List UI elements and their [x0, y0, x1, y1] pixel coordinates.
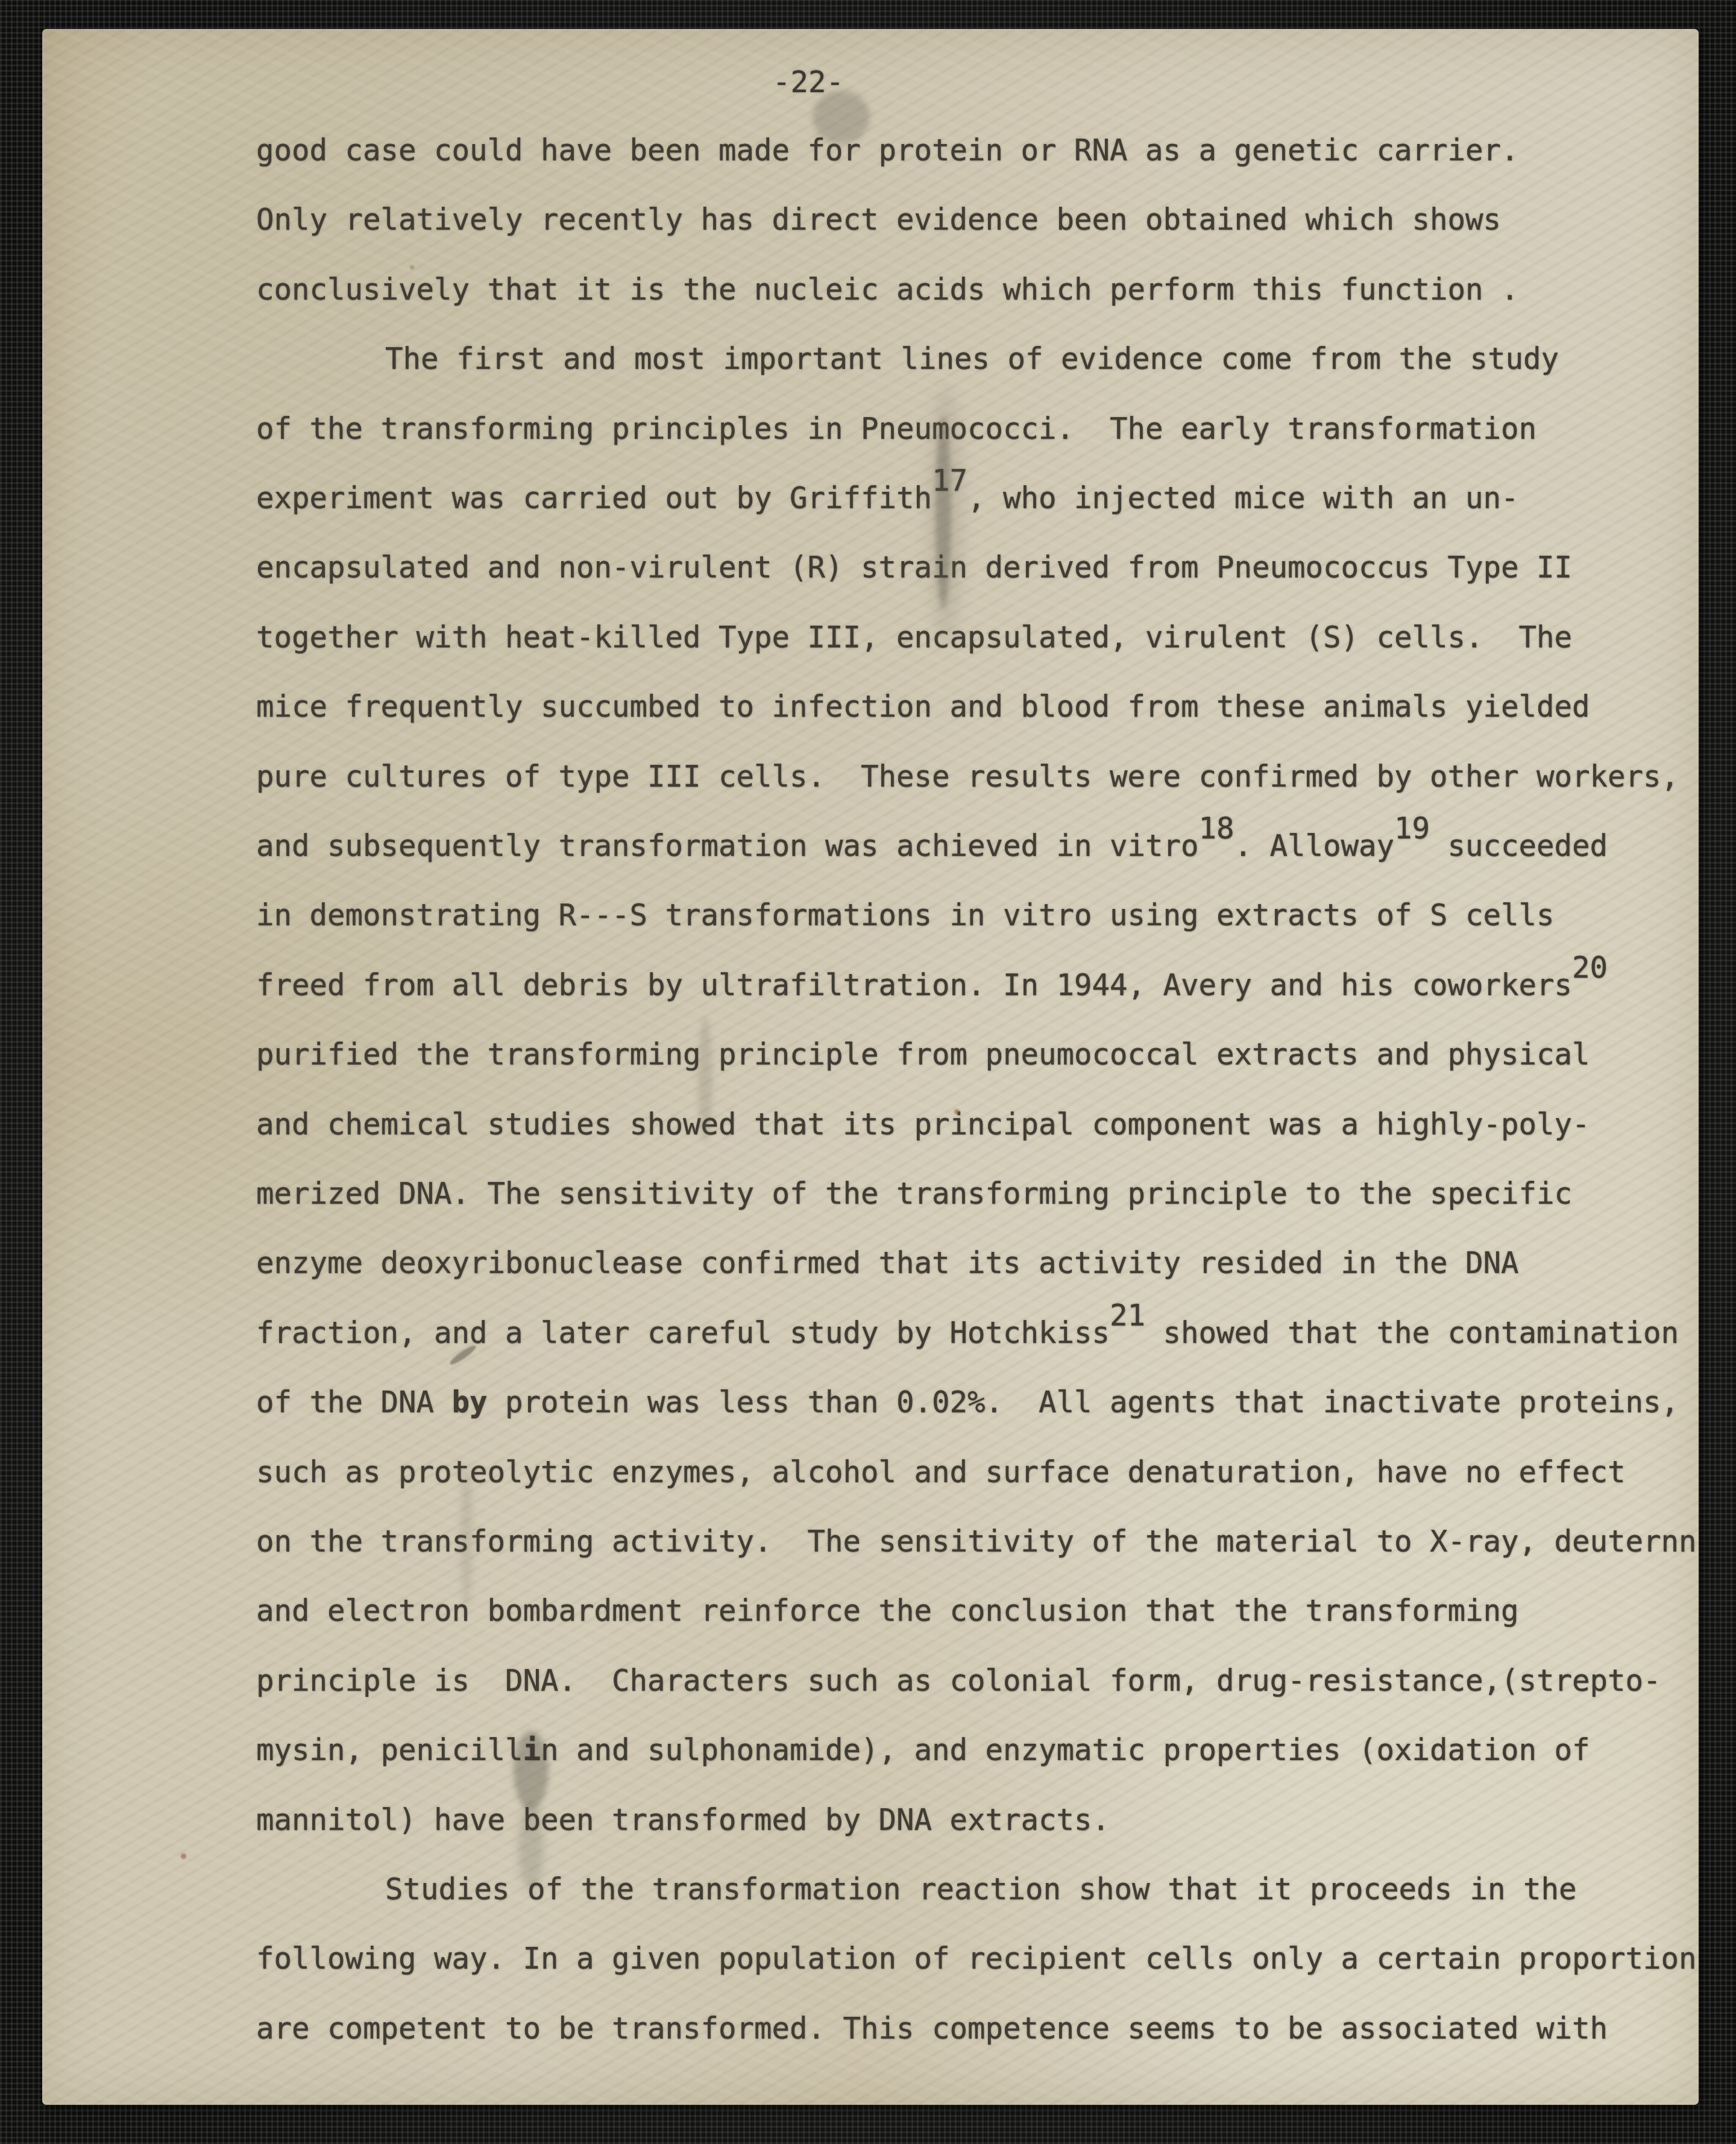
typed-line: in demonstrating R---S transformations i…	[256, 901, 1555, 930]
typed-line: on the transforming activity. The sensit…	[256, 1527, 1697, 1556]
typed-text: and subsequently transformation was achi…	[256, 829, 1199, 863]
typed-text: The first and most important lines of ev…	[385, 342, 1559, 376]
typed-text: Studies of the transformation reaction s…	[385, 1872, 1577, 1907]
typed-line: and electron bombardment reinforce the c…	[256, 1596, 1519, 1626]
typed-line: purified the transforming principle from…	[256, 1040, 1590, 1069]
reference-superscript: 19	[1394, 814, 1430, 843]
typed-line: mannitol) have been transformed by DNA e…	[256, 1805, 1110, 1835]
typed-text: of the DNA	[256, 1385, 452, 1419]
typed-text: mannitol) have been transformed by DNA e…	[256, 1803, 1110, 1837]
ink-smudge	[410, 265, 414, 269]
reference-superscript: 20	[1572, 953, 1608, 982]
typed-line: and chemical studies showed that its pri…	[256, 1110, 1590, 1139]
typed-line: together with heat-killed Type III, enca…	[256, 623, 1572, 652]
typed-text: mysin, penicill	[256, 1733, 523, 1767]
typed-line: following way. In a given population of …	[256, 1944, 1697, 1973]
typed-text: enzyme deoxyribonuclease confirmed that …	[256, 1246, 1519, 1280]
scanned-typescript-screenshot: { "palette": { "paper": "#d1c9b4", "clot…	[0, 0, 1736, 2144]
typed-line: such as proteolytic enzymes, alcohol and…	[256, 1457, 1626, 1487]
typed-line: fraction, and a later careful study by H…	[256, 1318, 1679, 1348]
typed-text: n and sulphonamide), and enzymatic prope…	[541, 1733, 1590, 1767]
typed-text: mice frequently succumbed to infection a…	[256, 690, 1590, 724]
typed-line: mice frequently succumbed to infection a…	[256, 692, 1590, 721]
typed-text: freed from all debris by ultrafiltration…	[256, 968, 1572, 1002]
typed-text: and chemical studies showed that its pri…	[256, 1107, 1590, 1142]
typed-text: pure cultures of type III cells. These r…	[256, 759, 1679, 794]
typed-text: , who injected mice with an un-	[967, 481, 1519, 515]
typed-text: Only relatively recently has direct evid…	[256, 203, 1501, 237]
typed-line: freed from all debris by ultrafiltration…	[256, 970, 1608, 1000]
typed-line: and subsequently transformation was achi…	[256, 831, 1608, 861]
typed-text: on the transforming activity. The sensit…	[256, 1524, 1697, 1559]
typed-text: such as proteolytic enzymes, alcohol and…	[256, 1455, 1626, 1489]
typed-line: Only relatively recently has direct evid…	[256, 205, 1501, 234]
typed-line: of the transforming principles in Pneumo…	[256, 414, 1536, 444]
typed-text: good case could have been made for prote…	[256, 133, 1519, 168]
reference-superscript: 17	[932, 466, 967, 495]
typed-line: enzyme deoxyribonuclease confirmed that …	[256, 1248, 1519, 1278]
typed-line: of the DNA by protein was less than 0.02…	[256, 1388, 1679, 1417]
typed-text: succeeded	[1430, 829, 1608, 863]
typed-text: i	[523, 1733, 541, 1767]
typed-text: showed that the contamination	[1145, 1316, 1679, 1350]
typed-text: protein was less than 0.02%. All agents …	[488, 1385, 1679, 1419]
typed-text: fraction, and a later careful study by H…	[256, 1316, 1110, 1350]
typed-text-block: -22- good case could have been made for …	[0, 0, 1736, 2144]
typed-text: of the transforming principles in Pneumo…	[256, 412, 1536, 446]
typed-text: merized DNA. The sensitivity of the tran…	[256, 1177, 1572, 1211]
typed-line: good case could have been made for prote…	[256, 136, 1519, 165]
typed-line: Studies of the transformation reaction s…	[256, 1875, 1577, 1904]
typed-line: pure cultures of type III cells. These r…	[256, 762, 1679, 791]
typed-text: encapsulated and non-virulent (R) strain…	[256, 550, 1572, 585]
reference-superscript: 21	[1110, 1301, 1145, 1330]
typed-text: in demonstrating R---S transformations i…	[256, 898, 1555, 932]
typed-text: conclusively that it is the nucleic acid…	[256, 272, 1519, 307]
typed-text: by	[452, 1385, 488, 1419]
typed-line: merized DNA. The sensitivity of the tran…	[256, 1179, 1572, 1209]
typed-text: experiment was carried out by Griffith	[256, 481, 932, 515]
reference-superscript: 18	[1199, 814, 1234, 843]
typed-text: principle is DNA. Characters such as col…	[256, 1664, 1661, 1698]
ink-smudge	[181, 1853, 186, 1859]
typed-text: purified the transforming principle from…	[256, 1037, 1590, 1072]
typed-text: following way. In a given population of …	[256, 1941, 1697, 1976]
typed-line: are competent to be transformed. This co…	[256, 2014, 1608, 2043]
typed-text: and electron bombardment reinforce the c…	[256, 1594, 1519, 1628]
typed-text: together with heat-killed Type III, enca…	[256, 620, 1572, 655]
typed-line: conclusively that it is the nucleic acid…	[256, 275, 1519, 304]
typed-line: principle is DNA. Characters such as col…	[256, 1666, 1661, 1696]
typed-line: encapsulated and non-virulent (R) strain…	[256, 553, 1572, 582]
typed-text: are competent to be transformed. This co…	[256, 2011, 1608, 2046]
page-number: -22-	[773, 68, 844, 97]
typed-line: The first and most important lines of ev…	[256, 344, 1559, 374]
typed-line: experiment was carried out by Griffith17…	[256, 483, 1519, 513]
typed-line: mysin, penicillin and sulphonamide), and…	[256, 1735, 1590, 1765]
typed-text: . Alloway	[1234, 829, 1395, 863]
